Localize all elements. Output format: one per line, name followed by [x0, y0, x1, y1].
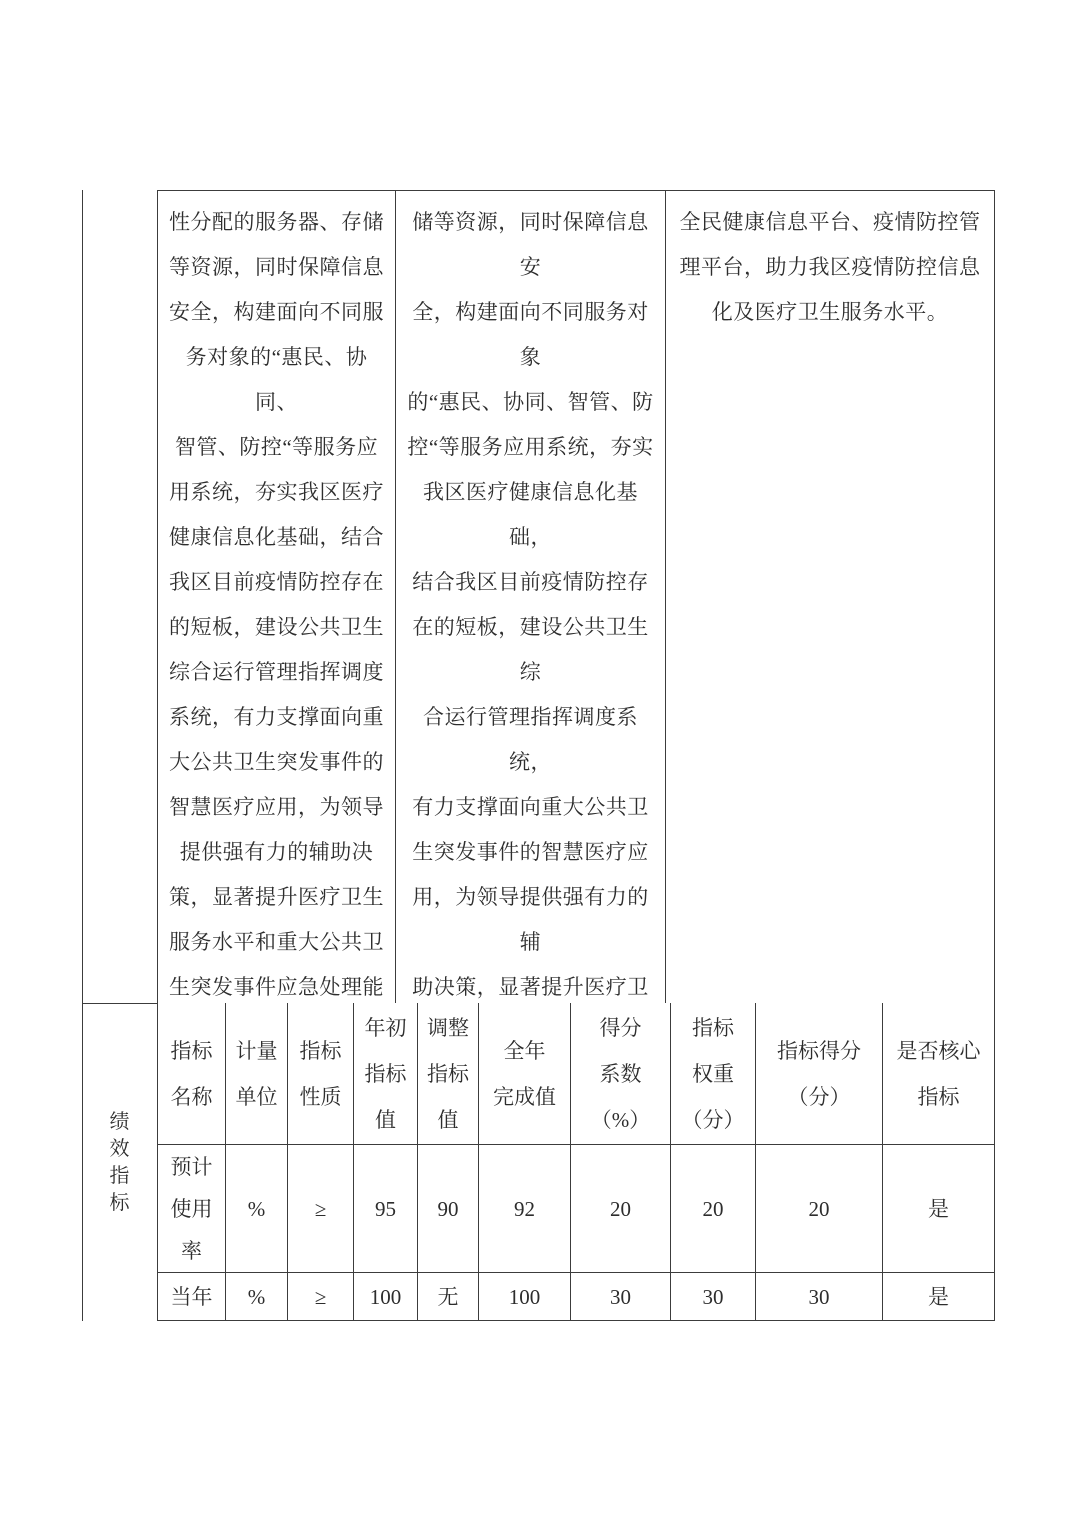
narrative-column-3: 全民健康信息平台、疫情防控管 理平台，助力我区疫情防控信息 化及医疗卫生服务水平… — [665, 190, 995, 1003]
cell-row2-indicator-name: 当年 — [157, 1273, 225, 1321]
cell-row1-is-core: 是 — [882, 1145, 995, 1273]
cell-row2-nature: ≥ — [287, 1273, 353, 1321]
header-indicator-score: 指标得分 （分） — [755, 1003, 882, 1145]
header-annual-completion: 全年 完成值 — [478, 1003, 570, 1145]
cell-row2-initial-value: 100 — [353, 1273, 417, 1321]
cell-row2-score-coefficient: 30 — [570, 1273, 670, 1321]
table-fragment: 性分配的服务器、存储 等资源，同时保障信息 安全，构建面向不同服 务对象的“惠民… — [80, 190, 995, 1321]
narrative-column-1: 性分配的服务器、存储 等资源，同时保障信息 安全，构建面向不同服 务对象的“惠民… — [157, 190, 395, 1003]
cell-row1-initial-value: 95 — [353, 1145, 417, 1273]
cell-row1-nature: ≥ — [287, 1145, 353, 1273]
header-score-coefficient: 得分 系数 （%） — [570, 1003, 670, 1145]
section-label-performance-indicators: 绩 效 指 标 — [82, 1003, 157, 1321]
cell-row1-unit: % — [225, 1145, 287, 1273]
cell-row2-adjusted-value: 无 — [417, 1273, 478, 1321]
header-adjusted-value: 调整 指标 值 — [417, 1003, 478, 1145]
cell-row1-adjusted-value: 90 — [417, 1145, 478, 1273]
cell-row1-annual-completion: 92 — [478, 1145, 570, 1273]
header-indicator-weight: 指标 权重 （分） — [670, 1003, 755, 1145]
header-indicator-name: 指标 名称 — [157, 1003, 225, 1145]
cell-row2-unit: % — [225, 1273, 287, 1321]
cell-row2-score: 30 — [755, 1273, 882, 1321]
cell-row2-weight: 30 — [670, 1273, 755, 1321]
cell-row1-score-coefficient: 20 — [570, 1145, 670, 1273]
cell-row2-is-core: 是 — [882, 1273, 995, 1321]
cell-row1-weight: 20 — [670, 1145, 755, 1273]
header-initial-value: 年初 指标 值 — [353, 1003, 417, 1145]
cell-row1-indicator-name: 预计 使用 率 — [157, 1145, 225, 1273]
cell-row1-score: 20 — [755, 1145, 882, 1273]
header-unit: 计量 单位 — [225, 1003, 287, 1145]
header-core-indicator: 是否核心 指标 — [882, 1003, 995, 1145]
continued-label-cell — [82, 190, 157, 1003]
narrative-column-2: 储等资源，同时保障信息安 全，构建面向不同服务对象 的“惠民、协同、智管、防 控… — [395, 190, 665, 1003]
header-indicator-nature: 指标 性质 — [287, 1003, 353, 1145]
cell-row2-annual-completion: 100 — [478, 1273, 570, 1321]
document-page: { "colors": { "border": "#3c3c3c", "text… — [0, 0, 1074, 1520]
